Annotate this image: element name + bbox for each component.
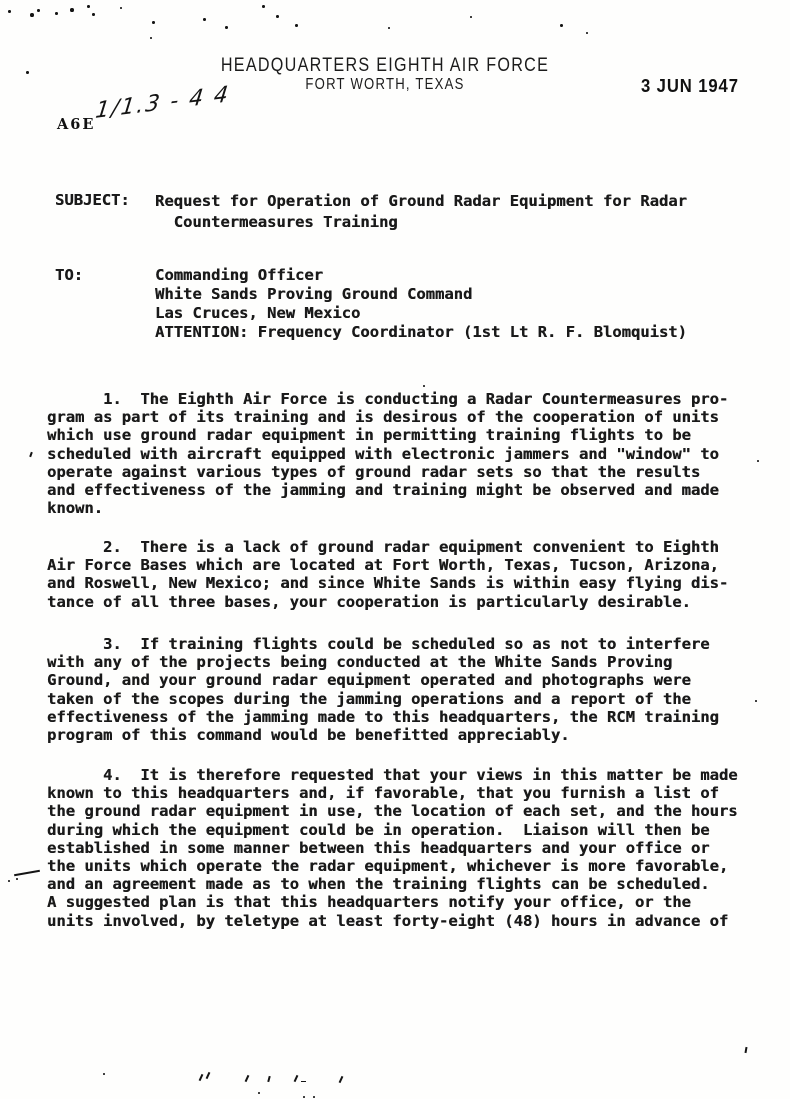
scan-speck	[203, 18, 206, 21]
body-paragraph-1: 1. The Eighth Air Force is conducting a …	[47, 390, 728, 517]
pencil-mark	[199, 1074, 204, 1081]
scan-speck	[313, 1096, 315, 1098]
scan-speck	[303, 1096, 305, 1098]
scan-speck	[586, 32, 588, 34]
pencil-mark	[29, 452, 33, 457]
scan-speck	[258, 1092, 260, 1094]
scan-speck	[757, 460, 759, 462]
scan-speck	[423, 385, 425, 387]
scan-speck	[225, 26, 228, 29]
scan-speck	[87, 5, 90, 8]
letterhead-line1: HEADQUARTERS EIGHTH AIR FORCE	[58, 55, 713, 77]
scan-speck	[276, 15, 279, 18]
scan-speck	[388, 27, 390, 29]
scan-speck	[30, 13, 34, 17]
body-paragraph-4: 4. It is therefore requested that your v…	[47, 766, 738, 930]
scan-speck	[26, 71, 29, 74]
scanned-letter-page: HEADQUARTERS EIGHTH AIR FORCE FORT WORTH…	[0, 0, 790, 1099]
office-symbol-stamp: A6E	[57, 116, 95, 133]
scan-speck	[55, 12, 58, 15]
scan-speck	[70, 8, 74, 12]
scan-speck	[92, 13, 95, 16]
subject-text: Request for Operation of Ground Radar Eq…	[155, 191, 687, 233]
scan-speck	[470, 16, 472, 18]
scan-speck	[295, 24, 298, 27]
scan-speck	[103, 1073, 105, 1075]
pencil-mark	[14, 870, 40, 876]
scan-speck	[120, 7, 122, 9]
scan-speck	[152, 21, 155, 24]
scan-speck	[262, 5, 265, 8]
pencil-mark	[206, 1072, 211, 1079]
scan-speck	[560, 24, 563, 27]
body-paragraph-3: 3. If training flights could be schedule…	[47, 635, 719, 744]
pencil-mark	[294, 1075, 299, 1082]
scan-speck	[37, 9, 40, 12]
scan-speck	[16, 878, 18, 880]
pencil-mark	[245, 1075, 250, 1082]
scan-speck	[8, 10, 11, 13]
pencil-mark	[744, 1047, 747, 1053]
scan-speck	[8, 880, 10, 882]
pencil-mark	[267, 1076, 270, 1082]
pencil-mark	[301, 1081, 306, 1082]
to-label: TO:	[55, 266, 83, 284]
scan-speck	[755, 700, 757, 702]
to-address: Commanding Officer White Sands Proving G…	[155, 266, 687, 342]
subject-label: SUBJECT:	[55, 191, 130, 209]
body-paragraph-2: 2. There is a lack of ground radar equip…	[47, 538, 728, 611]
date-stamp: 3 JUN 1947	[641, 75, 739, 97]
pencil-mark	[339, 1076, 344, 1083]
scan-speck	[150, 37, 152, 39]
